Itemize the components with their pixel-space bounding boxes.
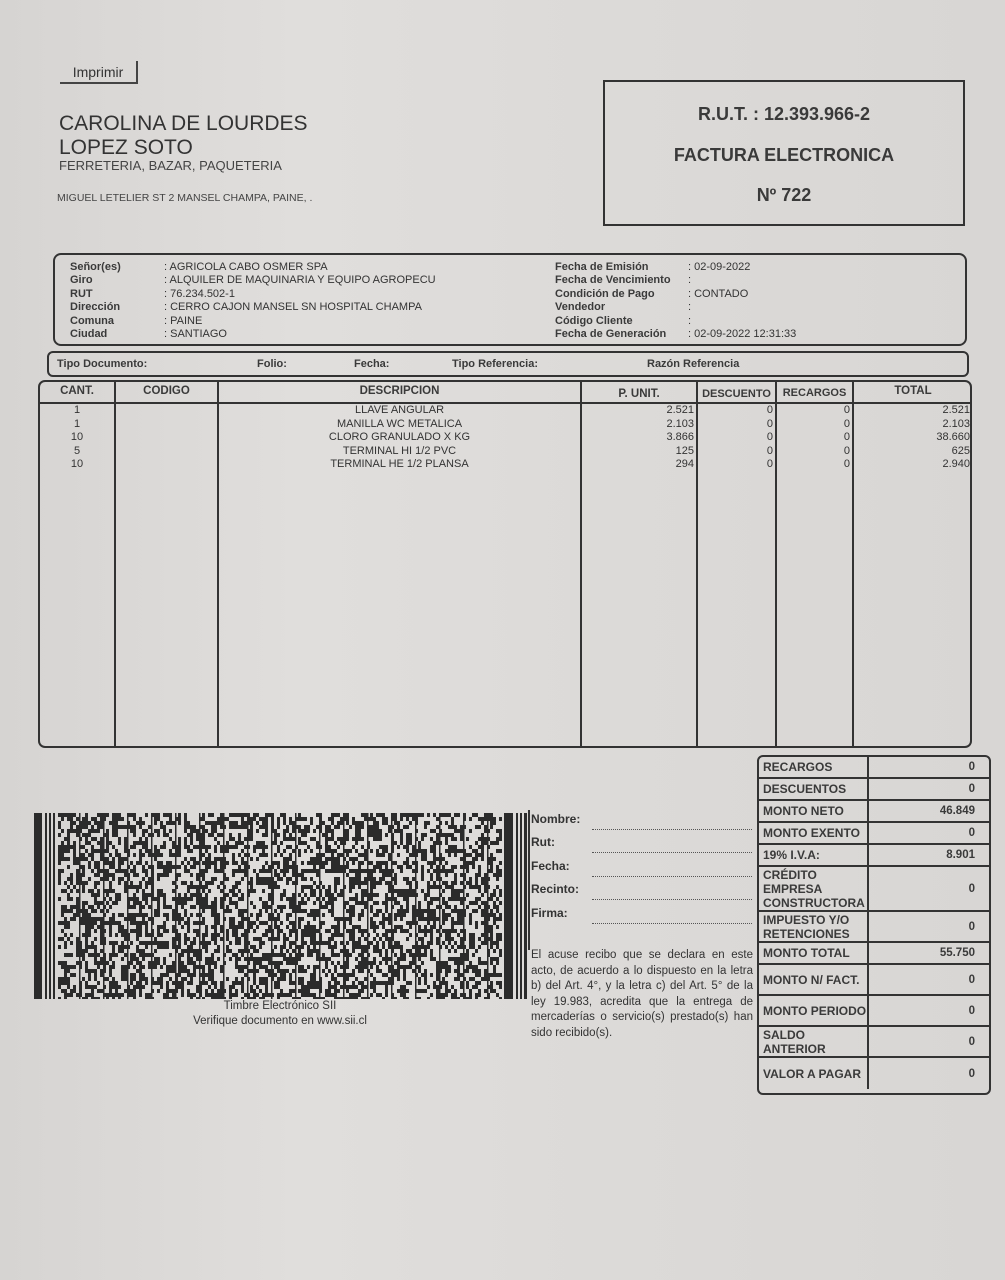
client-field: RUT: 76.234.502-1 bbox=[70, 288, 436, 301]
stamp-line1: Timbre Electrónico SII bbox=[150, 999, 410, 1014]
ref-razon-referencia: Razón Referencia bbox=[647, 358, 739, 370]
column-divider bbox=[114, 382, 116, 746]
item-cell-descuento: 0 bbox=[698, 418, 773, 432]
item-cell-cant: 10 bbox=[40, 431, 114, 445]
totals-row: MONTO PERIODO0 bbox=[759, 996, 989, 1027]
totals-row: DESCUENTOS0 bbox=[759, 779, 989, 801]
item-cell-recargos: 0 bbox=[777, 431, 850, 445]
totals-label: IMPUESTO Y/O RETENCIONES bbox=[763, 912, 867, 941]
item-cell-recargos: 0 bbox=[777, 418, 850, 432]
client-field: Ciudad: SANTIAGO bbox=[70, 328, 436, 341]
totals-value: 55.750 bbox=[940, 943, 975, 963]
totals-label: MONTO N/ FACT. bbox=[763, 965, 867, 994]
item-cell-total: 2.521 bbox=[854, 404, 970, 418]
item-cell-descuento: 0 bbox=[698, 458, 773, 472]
client-field: Giro: ALQUILER DE MAQUINARIA Y EQUIPO AG… bbox=[70, 274, 436, 287]
totals-label: RECARGOS bbox=[763, 757, 867, 777]
issuer-activity: FERRETERIA, BAZAR, PAQUETERIA bbox=[59, 158, 282, 173]
date-field: Fecha de Emisión: 02-09-2022 bbox=[555, 261, 796, 274]
document-type: FACTURA ELECTRONICA bbox=[605, 145, 963, 166]
ack-fecha-line[interactable] bbox=[592, 876, 752, 877]
item-cell-recargos: 0 bbox=[777, 458, 850, 472]
col-header-recargos: RECARGOS bbox=[777, 387, 852, 399]
totals-value: 0 bbox=[969, 757, 975, 777]
col-header-total: TOTAL bbox=[854, 385, 972, 397]
item-cell-descuento: 0 bbox=[698, 445, 773, 459]
col-header-descuento: DESCUENTO bbox=[698, 388, 775, 400]
ack-nombre-label: Nombre: bbox=[531, 812, 580, 826]
item-cell-total: 2.103 bbox=[854, 418, 970, 432]
client-info-box: Señor(es): AGRICOLA CABO OSMER SPA Giro:… bbox=[53, 253, 967, 346]
totals-label: MONTO EXENTO bbox=[763, 823, 867, 843]
totals-row: CRÉDITO EMPRESA CONSTRUCTORA0 bbox=[759, 867, 989, 912]
date-field: Condición de Pago: CONTADO bbox=[555, 288, 796, 301]
totals-row: IMPUESTO Y/O RETENCIONES0 bbox=[759, 912, 989, 943]
totals-value: 0 bbox=[969, 779, 975, 799]
issuer-name-line2: LOPEZ SOTO bbox=[59, 136, 308, 160]
totals-label: VALOR A PAGAR bbox=[763, 1058, 867, 1089]
item-cell-descripcion: CLORO GRANULADO X KG bbox=[219, 431, 580, 445]
item-cell-total: 38.660 bbox=[854, 431, 970, 445]
totals-label: CRÉDITO EMPRESA CONSTRUCTORA bbox=[763, 867, 867, 910]
totals-row: SALDO ANTERIOR0 bbox=[759, 1027, 989, 1058]
ack-rut-line[interactable] bbox=[592, 852, 752, 853]
totals-row: MONTO NETO46.849 bbox=[759, 801, 989, 823]
totals-value: 0 bbox=[969, 823, 975, 843]
ack-firma-label: Firma: bbox=[531, 906, 568, 920]
item-cell-p-unit: 125 bbox=[582, 445, 694, 459]
item-cell-descuento: 0 bbox=[698, 404, 773, 418]
totals-label: 19% I.V.A: bbox=[763, 845, 867, 865]
totals-value: 0 bbox=[969, 867, 975, 910]
print-button[interactable]: Imprimir bbox=[60, 61, 138, 84]
totals-row: MONTO TOTAL55.750 bbox=[759, 943, 989, 965]
stamp-line2: Verifique documento en www.sii.cl bbox=[150, 1014, 410, 1029]
ack-recinto-line[interactable] bbox=[592, 899, 752, 900]
totals-value: 0 bbox=[969, 912, 975, 941]
item-cell-descuento: 0 bbox=[698, 431, 773, 445]
totals-row: MONTO EXENTO0 bbox=[759, 823, 989, 845]
totals-row: RECARGOS0 bbox=[759, 757, 989, 779]
item-cell-descripcion: MANILLA WC METALICA bbox=[219, 418, 580, 432]
item-cell-cant: 1 bbox=[40, 418, 114, 432]
items-table: CANT. CODIGO DESCRIPCION P. UNIT. DESCUE… bbox=[38, 380, 972, 748]
item-cell-total: 2.940 bbox=[854, 458, 970, 472]
col-header-cant: CANT. bbox=[40, 385, 114, 397]
ack-fecha-label: Fecha: bbox=[531, 859, 570, 873]
totals-value: 0 bbox=[969, 1058, 975, 1089]
document-number: Nº 722 bbox=[605, 185, 963, 206]
item-cell-descripcion: TERMINAL HI 1/2 PVC bbox=[219, 445, 580, 459]
electronic-stamp-barcode bbox=[34, 813, 529, 999]
item-cell-descripcion: LLAVE ANGULAR bbox=[219, 404, 580, 418]
client-field: Dirección: CERRO CAJON MANSEL SN HOSPITA… bbox=[70, 301, 436, 314]
totals-value: 0 bbox=[969, 996, 975, 1025]
issuer-name: CAROLINA DE LOURDES LOPEZ SOTO bbox=[59, 112, 308, 160]
ack-firma-line[interactable] bbox=[592, 923, 752, 924]
totals-label: MONTO TOTAL bbox=[763, 943, 867, 963]
totals-value: 8.901 bbox=[946, 845, 975, 865]
client-field: Comuna: PAINE bbox=[70, 315, 436, 328]
totals-value: 0 bbox=[969, 1027, 975, 1056]
ref-tipo-documento: Tipo Documento: bbox=[57, 358, 147, 370]
ref-folio: Folio: bbox=[257, 358, 287, 370]
item-cell-descripcion: TERMINAL HE 1/2 PLANSA bbox=[219, 458, 580, 472]
item-cell-cant: 10 bbox=[40, 458, 114, 472]
date-field: Fecha de Generación: 02-09-2022 12:31:33 bbox=[555, 328, 796, 341]
totals-row: VALOR A PAGAR0 bbox=[759, 1058, 989, 1089]
date-field: Fecha de Vencimiento: bbox=[555, 274, 796, 287]
totals-row: 19% I.V.A:8.901 bbox=[759, 845, 989, 867]
document-header-box: R.U.T. : 12.393.966-2 FACTURA ELECTRONIC… bbox=[603, 80, 965, 226]
item-cell-p-unit: 294 bbox=[582, 458, 694, 472]
item-cell-p-unit: 2.103 bbox=[582, 418, 694, 432]
reference-box: Tipo Documento: Folio: Fecha: Tipo Refer… bbox=[47, 351, 969, 377]
ack-legal-text: El acuse recibo que se declara en este a… bbox=[531, 948, 753, 1041]
totals-label: MONTO PERIODO bbox=[763, 996, 867, 1025]
date-field: Vendedor: bbox=[555, 301, 796, 314]
col-header-punit: P. UNIT. bbox=[582, 388, 696, 400]
ack-rut-label: Rut: bbox=[531, 835, 555, 849]
item-cell-cant: 5 bbox=[40, 445, 114, 459]
totals-value: 46.849 bbox=[940, 801, 975, 821]
item-cell-recargos: 0 bbox=[777, 445, 850, 459]
ref-tipo-referencia: Tipo Referencia: bbox=[452, 358, 538, 370]
ack-nombre-line[interactable] bbox=[592, 829, 752, 830]
col-header-descripcion: DESCRIPCION bbox=[219, 385, 580, 397]
item-cell-total: 625 bbox=[854, 445, 970, 459]
issuer-name-line1: CAROLINA DE LOURDES bbox=[59, 112, 308, 136]
item-cell-p-unit: 3.866 bbox=[582, 431, 694, 445]
totals-row: MONTO N/ FACT.0 bbox=[759, 965, 989, 996]
totals-table: RECARGOS0DESCUENTOS0MONTO NETO46.849MONT… bbox=[757, 755, 991, 1095]
item-cell-recargos: 0 bbox=[777, 404, 850, 418]
client-field: Señor(es): AGRICOLA CABO OSMER SPA bbox=[70, 261, 436, 274]
totals-value: 0 bbox=[969, 965, 975, 994]
totals-label: SALDO ANTERIOR bbox=[763, 1027, 867, 1056]
ref-fecha: Fecha: bbox=[354, 358, 389, 370]
totals-label: DESCUENTOS bbox=[763, 779, 867, 799]
issuer-address: MIGUEL LETELIER ST 2 MANSEL CHAMPA, PAIN… bbox=[57, 192, 312, 204]
client-fields: Señor(es): AGRICOLA CABO OSMER SPA Giro:… bbox=[70, 261, 436, 341]
issuer-rut: R.U.T. : 12.393.966-2 bbox=[605, 104, 963, 125]
date-field: Código Cliente: bbox=[555, 315, 796, 328]
col-header-codigo: CODIGO bbox=[116, 385, 217, 397]
item-cell-cant: 1 bbox=[40, 404, 114, 418]
totals-label: MONTO NETO bbox=[763, 801, 867, 821]
invoice-dates: Fecha de Emisión: 02-09-2022 Fecha de Ve… bbox=[555, 261, 796, 341]
electronic-stamp-caption: Timbre Electrónico SII Verifique documen… bbox=[150, 999, 410, 1029]
ack-recinto-label: Recinto: bbox=[531, 882, 579, 896]
item-cell-p-unit: 2.521 bbox=[582, 404, 694, 418]
